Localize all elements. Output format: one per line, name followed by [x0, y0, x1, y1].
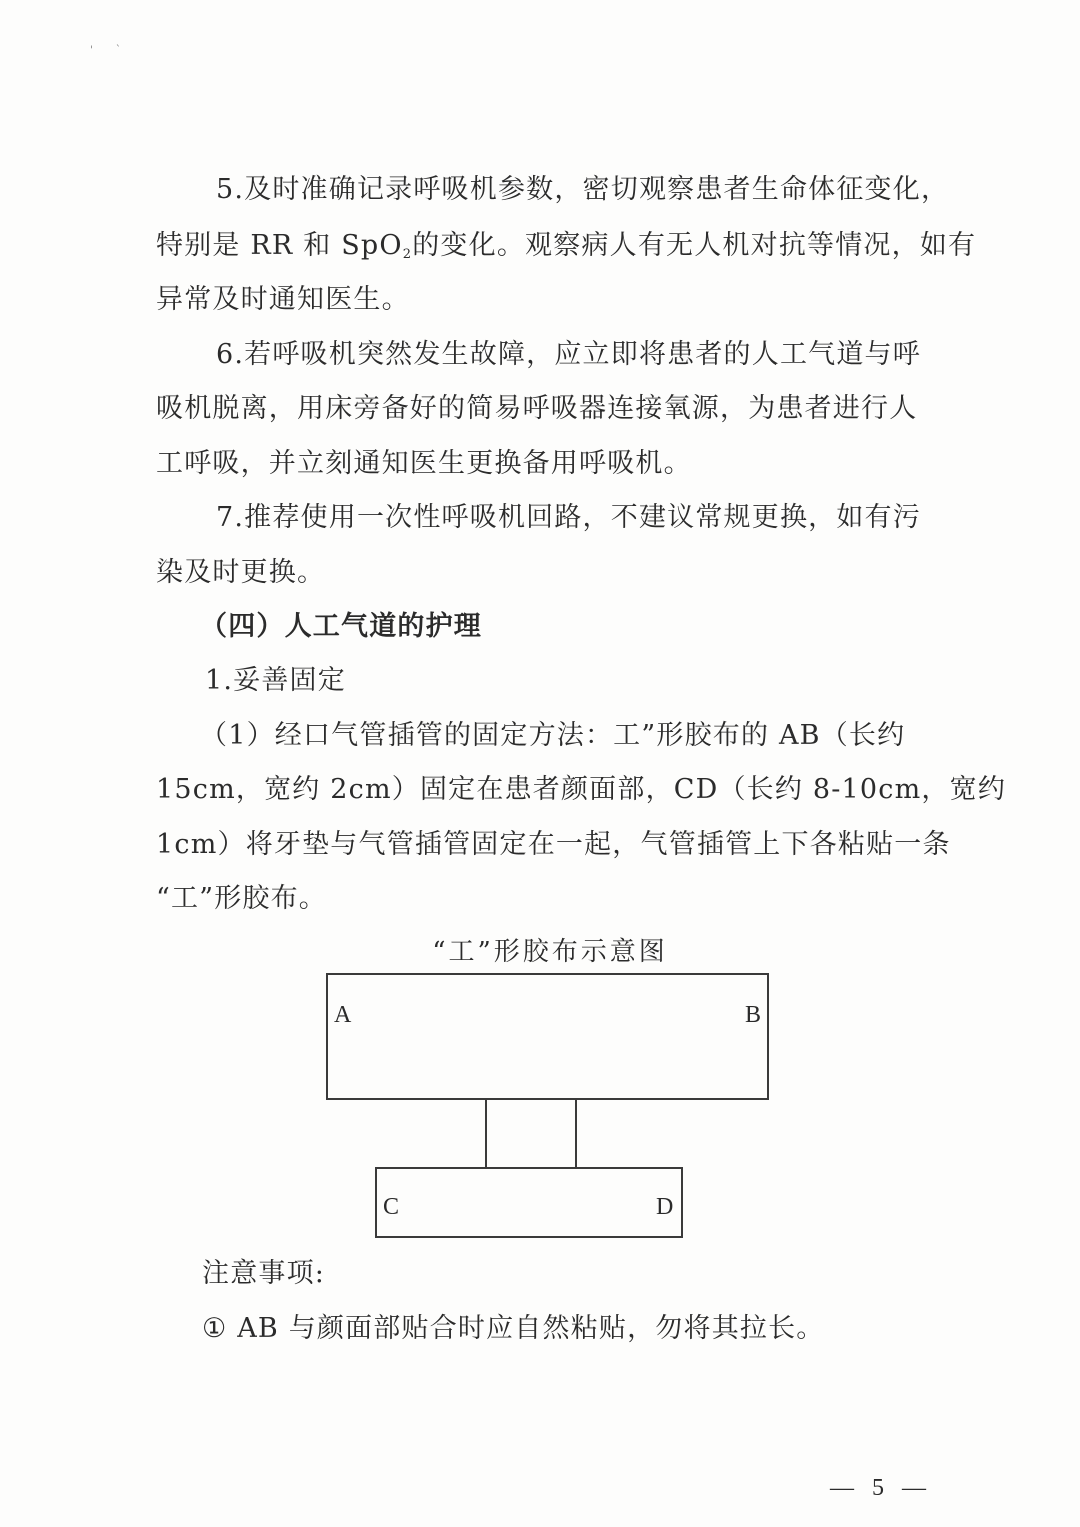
- section-heading: （四）人工气道的护理: [200, 610, 1000, 644]
- text: 的变化。观察病人有无人机对抗等情况，如有: [412, 230, 976, 261]
- note-item-1: ① AB 与颜面部贴合时应自然粘贴，勿将其拉长。: [202, 1312, 1002, 1346]
- scan-marks: ' `: [90, 45, 131, 56]
- label-b: B: [745, 1002, 761, 1029]
- tape-connector-right: [575, 1098, 577, 1169]
- fixation-line-1: （1）经口气管插管的固定方法：工”形胶布的 AB（长约: [200, 719, 1000, 753]
- tape-cd-strip: [375, 1167, 683, 1238]
- tape-ab-strip: [326, 973, 769, 1100]
- fixation-line-3: 1cm）将牙垫与气管插管固定在一起，气管插管上下各粘贴一条: [156, 828, 956, 862]
- paragraph-5-line-2: 特别是 RR 和 SpO2的变化。观察病人有无人机对抗等情况，如有: [156, 229, 956, 272]
- paragraph-7-line-2: 染及时更换。: [156, 556, 956, 590]
- paragraph-6-line-1: 6.若呼吸机突然发生故障，应立即将患者的人工气道与呼: [216, 338, 1016, 372]
- sub-heading: 1.妥善固定: [205, 664, 1005, 698]
- fixation-line-2: 15cm，宽约 2cm）固定在患者颜面部，CD（长约 8-10cm，宽约: [156, 773, 956, 807]
- paragraph-5-line-1: 5.及时准确记录呼吸机参数，密切观察患者生命体征变化，: [216, 173, 1016, 207]
- label-a: A: [334, 1002, 351, 1029]
- tape-connector-left: [485, 1098, 487, 1169]
- subscript: 2: [403, 247, 412, 262]
- notes-heading: 注意事项:: [202, 1257, 1002, 1291]
- text: 特别是 RR 和 SpO: [156, 230, 403, 261]
- paragraph-7-line-1: 7.推荐使用一次性呼吸机回路，不建议常规更换，如有污: [216, 501, 1016, 535]
- figure-title: “工”形胶布示意图: [300, 935, 800, 969]
- paragraph-5-line-3: 异常及时通知医生。: [156, 283, 956, 317]
- label-c: C: [383, 1194, 399, 1221]
- label-d: D: [656, 1194, 673, 1221]
- paragraph-6-line-2: 吸机脱离，用床旁备好的简易呼吸器连接氧源，为患者进行人: [156, 392, 956, 426]
- paragraph-6-line-3: 工呼吸，并立刻通知医生更换备用呼吸机。: [156, 447, 956, 481]
- page-number: — 5 —: [830, 1475, 932, 1502]
- fixation-line-4: “工”形胶布。: [156, 882, 956, 916]
